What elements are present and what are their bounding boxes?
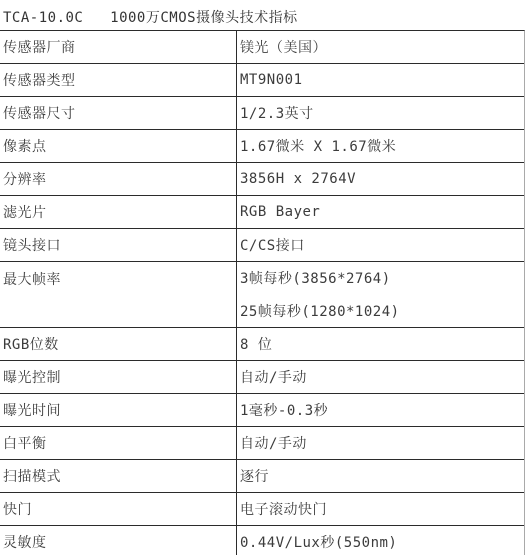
spec-label: 分辨率 <box>3 163 236 195</box>
spec-value: 逐行 <box>240 460 524 492</box>
spec-label: 灵敏度 <box>3 526 236 555</box>
spec-label-cell: 最大帧率 <box>0 262 237 327</box>
spec-label-cell: 镜头接口 <box>0 229 237 261</box>
table-row: 最大帧率3帧每秒(3856*2764)25帧每秒(1280*1024) <box>0 262 524 328</box>
spec-label: 传感器尺寸 <box>3 97 236 129</box>
spec-label: 镜头接口 <box>3 229 236 261</box>
spec-value-cell: 电子滚动快门 <box>237 493 524 525</box>
spec-label: 最大帧率 <box>3 262 236 295</box>
spec-label: 传感器类型 <box>3 64 236 96</box>
spec-label: 曝光控制 <box>3 361 236 393</box>
spec-value-cell: 8 位 <box>237 328 524 360</box>
spec-label-cell: 白平衡 <box>0 427 237 459</box>
spec-value-cell: 1.67微米 X 1.67微米 <box>237 130 524 162</box>
spec-value: 0.44V/Lux秒(550nm) <box>240 526 524 555</box>
table-row: 曝光时间1毫秒-0.3秒 <box>0 394 524 427</box>
table-row: 扫描模式逐行 <box>0 460 524 493</box>
spec-value: 1/2.3英寸 <box>240 97 524 129</box>
spec-value: 3856H x 2764V <box>240 163 524 195</box>
spec-label-cell: 传感器厂商 <box>0 31 237 63</box>
spec-value-cell: 自动/手动 <box>237 427 524 459</box>
spec-label-cell: 曝光控制 <box>0 361 237 393</box>
spec-value-cell: 1/2.3英寸 <box>237 97 524 129</box>
spec-value-cell: RGB Bayer <box>237 196 524 228</box>
spec-value: 电子滚动快门 <box>240 493 524 525</box>
spec-label-cell: 像素点 <box>0 130 237 162</box>
spec-value-cell: 镁光（美国） <box>237 31 524 63</box>
spec-value: 1毫秒-0.3秒 <box>240 394 524 426</box>
spec-label: 滤光片 <box>3 196 236 228</box>
spec-label-cell: 灵敏度 <box>0 526 237 555</box>
table-row: 像素点1.67微米 X 1.67微米 <box>0 130 524 163</box>
spec-value-cell: 0.44V/Lux秒(550nm) <box>237 526 524 555</box>
spec-value-cell: 逐行 <box>237 460 524 492</box>
spec-value-cell: MT9N001 <box>237 64 524 96</box>
table-row: 传感器类型MT9N001 <box>0 64 524 97</box>
spec-value: 8 位 <box>240 328 524 360</box>
table-row: 分辨率3856H x 2764V <box>0 163 524 196</box>
spec-label: 快门 <box>3 493 236 525</box>
page-title: TCA-10.0C 1000万CMOS摄像头技术指标 <box>0 0 526 30</box>
spec-table: 传感器厂商镁光（美国）传感器类型MT9N001传感器尺寸1/2.3英寸像素点1.… <box>0 30 525 555</box>
spec-label: 白平衡 <box>3 427 236 459</box>
spec-label-cell: RGB位数 <box>0 328 237 360</box>
spec-value-cell: 3帧每秒(3856*2764)25帧每秒(1280*1024) <box>237 262 524 327</box>
spec-value: 自动/手动 <box>240 427 524 459</box>
table-row: 滤光片RGB Bayer <box>0 196 524 229</box>
spec-label: 曝光时间 <box>3 394 236 426</box>
spec-value: 自动/手动 <box>240 361 524 393</box>
spec-label: 传感器厂商 <box>3 31 236 63</box>
spec-label-cell: 分辨率 <box>0 163 237 195</box>
page: TCA-10.0C 1000万CMOS摄像头技术指标 传感器厂商镁光（美国）传感… <box>0 0 526 555</box>
spec-label-cell: 传感器尺寸 <box>0 97 237 129</box>
table-row: 曝光控制自动/手动 <box>0 361 524 394</box>
spec-value: 3帧每秒(3856*2764) <box>240 262 524 295</box>
spec-value: 1.67微米 X 1.67微米 <box>240 130 524 162</box>
spec-value-cell: 3856H x 2764V <box>237 163 524 195</box>
spec-value-cell: 自动/手动 <box>237 361 524 393</box>
spec-label-cell: 传感器类型 <box>0 64 237 96</box>
table-row: 镜头接口C/CS接口 <box>0 229 524 262</box>
table-row: 传感器厂商镁光（美国） <box>0 31 524 64</box>
spec-label: 扫描模式 <box>3 460 236 492</box>
spec-label: 像素点 <box>3 130 236 162</box>
spec-value-cell: C/CS接口 <box>237 229 524 261</box>
spec-value-cell: 1毫秒-0.3秒 <box>237 394 524 426</box>
spec-value: MT9N001 <box>240 64 524 96</box>
spec-label: RGB位数 <box>3 328 236 360</box>
spec-label-cell: 滤光片 <box>0 196 237 228</box>
table-row: 白平衡自动/手动 <box>0 427 524 460</box>
spec-label-cell: 快门 <box>0 493 237 525</box>
table-row: 传感器尺寸1/2.3英寸 <box>0 97 524 130</box>
spec-label-cell: 曝光时间 <box>0 394 237 426</box>
spec-value: 25帧每秒(1280*1024) <box>240 295 524 328</box>
table-row: 灵敏度0.44V/Lux秒(550nm) <box>0 526 524 555</box>
spec-label-cell: 扫描模式 <box>0 460 237 492</box>
table-row: RGB位数8 位 <box>0 328 524 361</box>
spec-value: C/CS接口 <box>240 229 524 261</box>
table-row: 快门电子滚动快门 <box>0 493 524 526</box>
spec-value: RGB Bayer <box>240 196 524 228</box>
spec-value: 镁光（美国） <box>240 31 524 63</box>
